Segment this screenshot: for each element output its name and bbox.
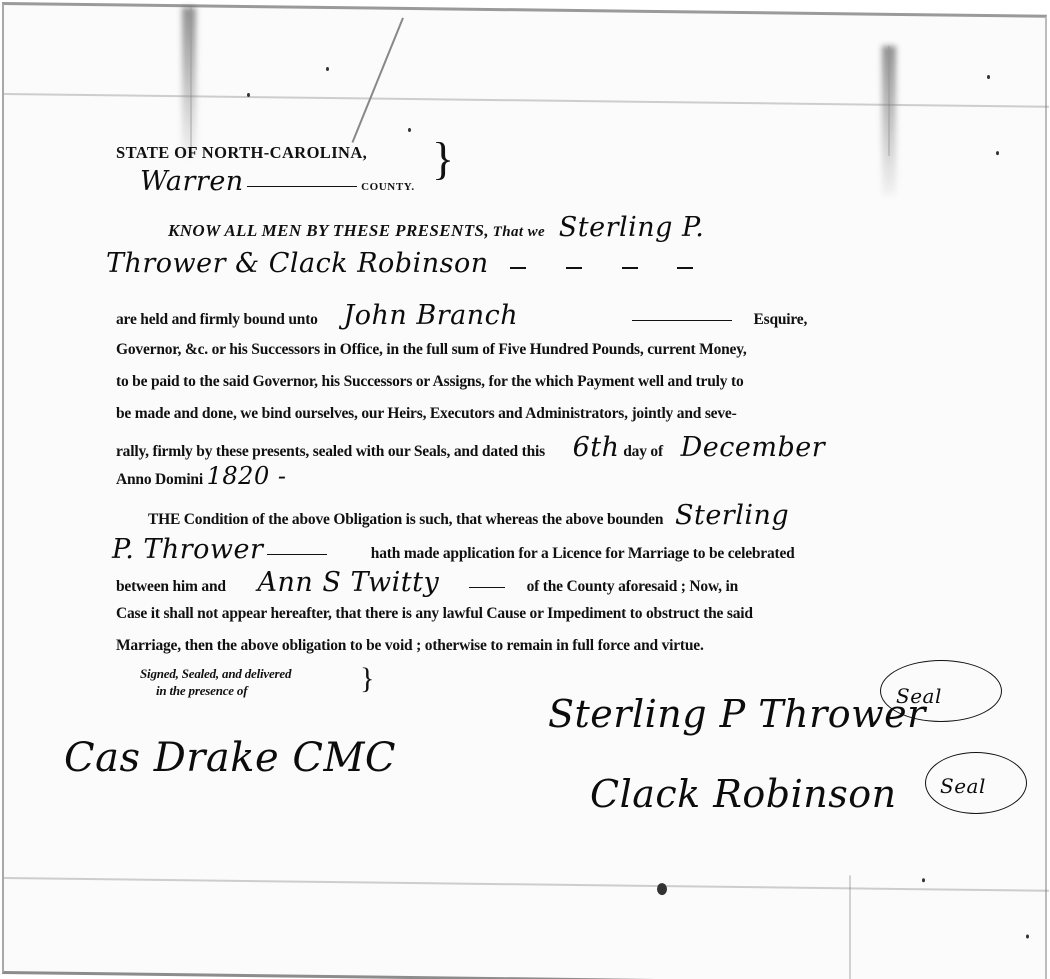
brace: } (432, 132, 454, 185)
ink-speck (408, 128, 411, 132)
county-label: County. (361, 181, 415, 193)
seal-label: Seal (896, 684, 942, 708)
condition-line: Marriage, then the above obligation to b… (116, 637, 704, 655)
fill-dash (510, 267, 526, 269)
brace: } (360, 662, 374, 696)
date-line: rally, firmly by these presents, sealed … (116, 432, 825, 463)
day-value: 6th (573, 432, 620, 463)
fill-dash (566, 267, 582, 269)
obligors-line: Thrower & Clack Robinson (106, 248, 711, 279)
county-aforesaid-text: of the County aforesaid ; Now, in (527, 578, 738, 595)
preamble-line: KNOW ALL MEN BY THESE PRESENTS, That we … (168, 212, 704, 243)
ink-speck (922, 878, 925, 882)
fill-dash (622, 267, 638, 269)
crease (190, 7, 192, 147)
condition-line: P. Thrower hath made application for a L… (112, 534, 795, 565)
bride-line: between him and Ann S Twitty of the Coun… (116, 567, 738, 598)
ink-speck (326, 67, 329, 71)
state-heading: STATE OF NORTH-CAROLINA, (116, 143, 367, 163)
held-bound-text: are held and firmly bound unto (116, 311, 318, 328)
obligors-line1: Sterling P. (559, 212, 705, 243)
obligors-line2: Thrower & Clack Robinson (106, 248, 489, 279)
body-line: to be paid to the said Governor, his Suc… (116, 373, 744, 391)
bound-line: are held and firmly bound unto John Bran… (116, 300, 807, 331)
county-line: Warren County. (140, 166, 415, 197)
ink-speck (1026, 935, 1029, 939)
day-of-text: day of (623, 443, 663, 460)
preamble-intro: KNOW ALL MEN BY THESE PRESENTS, (168, 221, 489, 240)
condition-line: THE Condition of the above Obligation is… (148, 500, 789, 531)
signature-1: Sterling P Thrower (548, 692, 926, 736)
condition-text: hath made application for a Licence for … (371, 545, 795, 562)
body-line: Governor, &c. or his Successors in Offic… (116, 341, 747, 359)
groom-name-part2: P. Thrower (112, 534, 263, 565)
that-we: That we (493, 224, 545, 240)
witness-signature: Cas Drake CMC (64, 735, 396, 781)
between-text: between him and (116, 578, 226, 595)
signature-2: Clack Robinson (590, 772, 897, 816)
body-line: rally, firmly by these presents, sealed … (116, 443, 545, 460)
condition-line: Case it shall not appear hereafter, that… (116, 605, 753, 623)
seal-label: Seal (940, 774, 986, 798)
county-name: Warren (140, 166, 244, 197)
attestation-line1: Signed, Sealed, and delivered (140, 666, 291, 682)
anno-domini-text: Anno Domini (116, 471, 203, 488)
fold-line (4, 877, 1049, 892)
fill-rule (469, 587, 505, 589)
attestation-line2: in the presence of (156, 683, 247, 699)
fold-stain (182, 7, 196, 157)
governor-name: John Branch (343, 300, 518, 331)
ink-speck (247, 93, 250, 97)
body-line: be made and done, we bind ourselves, our… (116, 405, 737, 423)
year-value: 1820 - (207, 462, 287, 490)
stray-mark (352, 18, 404, 143)
crease (849, 875, 851, 979)
groom-name-part1: Sterling (675, 500, 789, 531)
bride-name: Ann S Twitty (258, 567, 440, 598)
fill-rule (247, 186, 357, 188)
ink-speck (657, 883, 667, 895)
fill-dash (677, 267, 693, 269)
fill-rule (267, 554, 327, 556)
month-value: December (681, 432, 826, 463)
ink-speck (987, 75, 990, 79)
condition-text: THE Condition of the above Obligation is… (148, 511, 663, 528)
esquire-text: Esquire, (753, 311, 807, 328)
fill-rule (632, 320, 732, 322)
year-line: Anno Domini 1820 - (116, 462, 286, 490)
ink-speck (996, 151, 999, 155)
crease (888, 46, 890, 156)
